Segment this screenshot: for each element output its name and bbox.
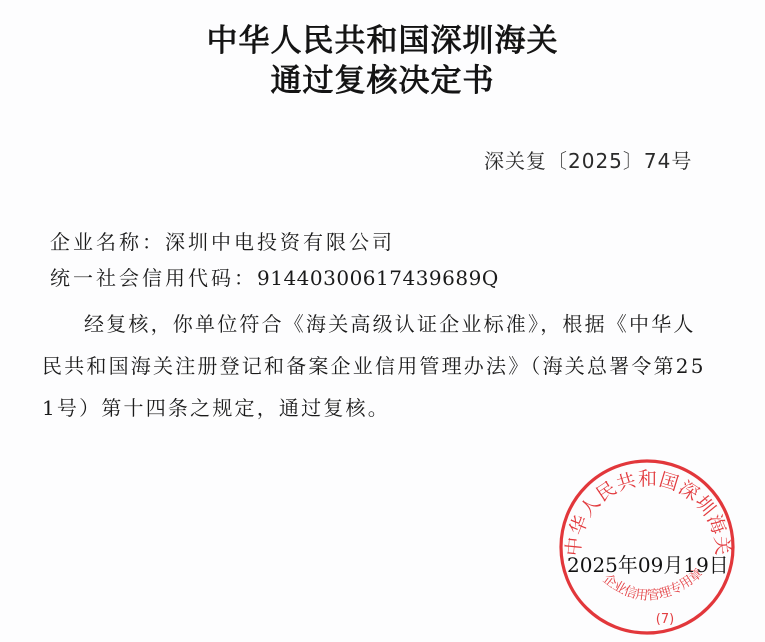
body-text-line-2: 民共和国海关注册登记和备案企业信用管理办法》（海关总署令第25 (42, 350, 732, 379)
document-title-line-2: 通过复核决定书 (0, 55, 765, 100)
svg-text:(7): (7) (656, 612, 674, 627)
body-text-line-3: 1号）第十四条之规定，通过复核。 (42, 392, 732, 421)
svg-text:中华人民共和国深圳海关: 中华人民共和国深圳海关 (562, 468, 733, 557)
decision-document: 中华人民共和国深圳海关 通过复核决定书 深关复〔2025〕74号 企业名称：深圳… (0, 0, 765, 642)
company-name-label: 企业名称： (50, 230, 165, 254)
official-seal-icon: 中华人民共和国深圳海关 企业信用管理专用章 (7) (555, 455, 740, 640)
document-title-line-1: 中华人民共和国深圳海关 (0, 15, 765, 60)
company-name-row: 企业名称：深圳中电投资有限公司 (50, 226, 395, 255)
credit-code-value: 91440300617439689Q (257, 266, 499, 290)
company-name-value: 深圳中电投资有限公司 (165, 230, 395, 254)
credit-code-label: 统一社会信用代码： (50, 266, 257, 290)
document-number: 深关复〔2025〕74号 (484, 145, 692, 174)
issue-date: 2025年09月19日 (567, 549, 729, 578)
credit-code-row: 统一社会信用代码：91440300617439689Q (50, 262, 499, 291)
body-text-line-1: 经复核，你单位符合《海关高级认证企业标准》，根据《中华人 (84, 308, 765, 337)
